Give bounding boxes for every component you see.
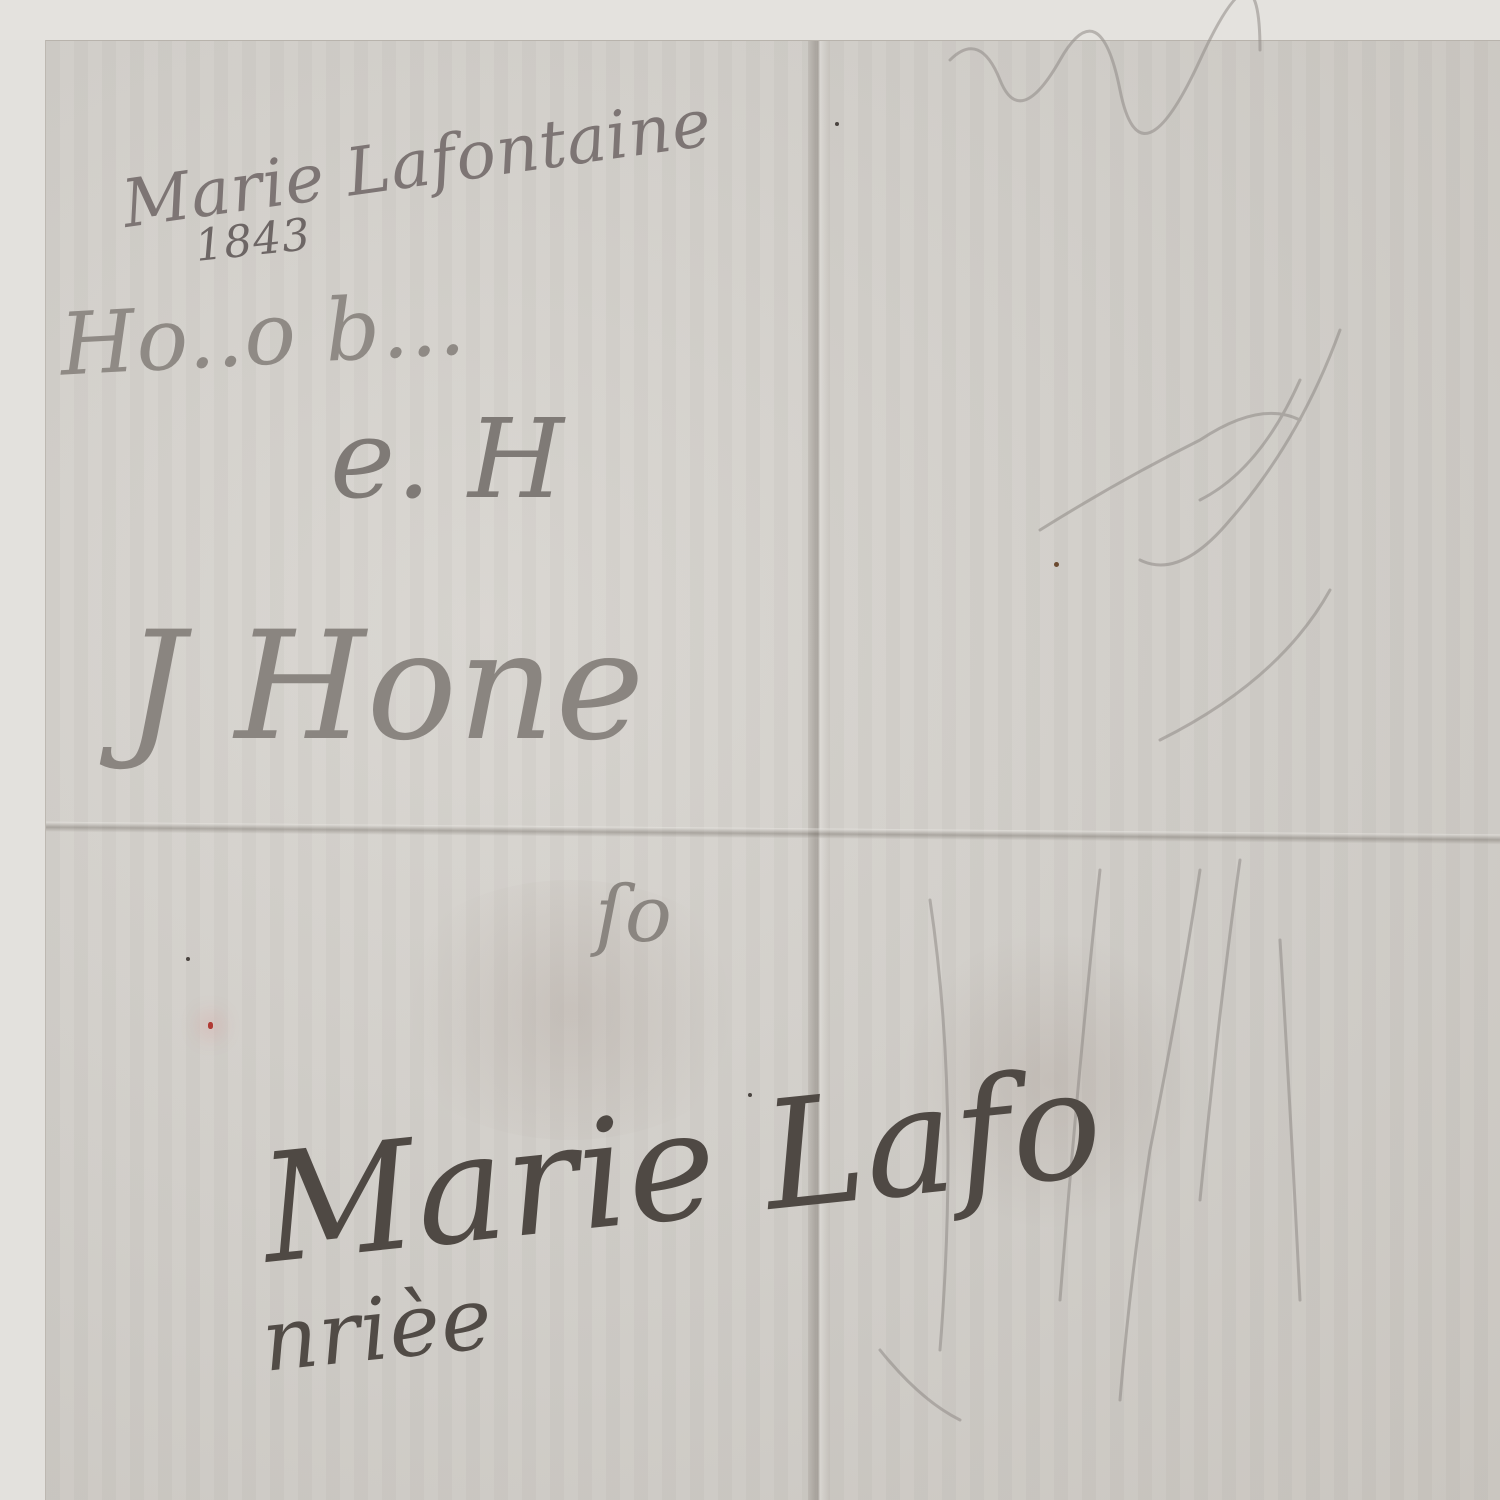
handwritten-line-1: Ho..o b...	[58, 274, 469, 395]
red-ink-mark	[208, 1022, 213, 1029]
handwritten-line-4: ſo	[595, 870, 673, 960]
faint-pencil-strokes	[830, 0, 1500, 1500]
handwritten-line-3: J Hone	[125, 600, 645, 774]
mount-left-edge	[0, 40, 46, 1500]
paper-speck	[186, 957, 190, 961]
vertical-fold-crease	[808, 41, 830, 1500]
handwritten-line-2: e. H	[330, 395, 565, 523]
